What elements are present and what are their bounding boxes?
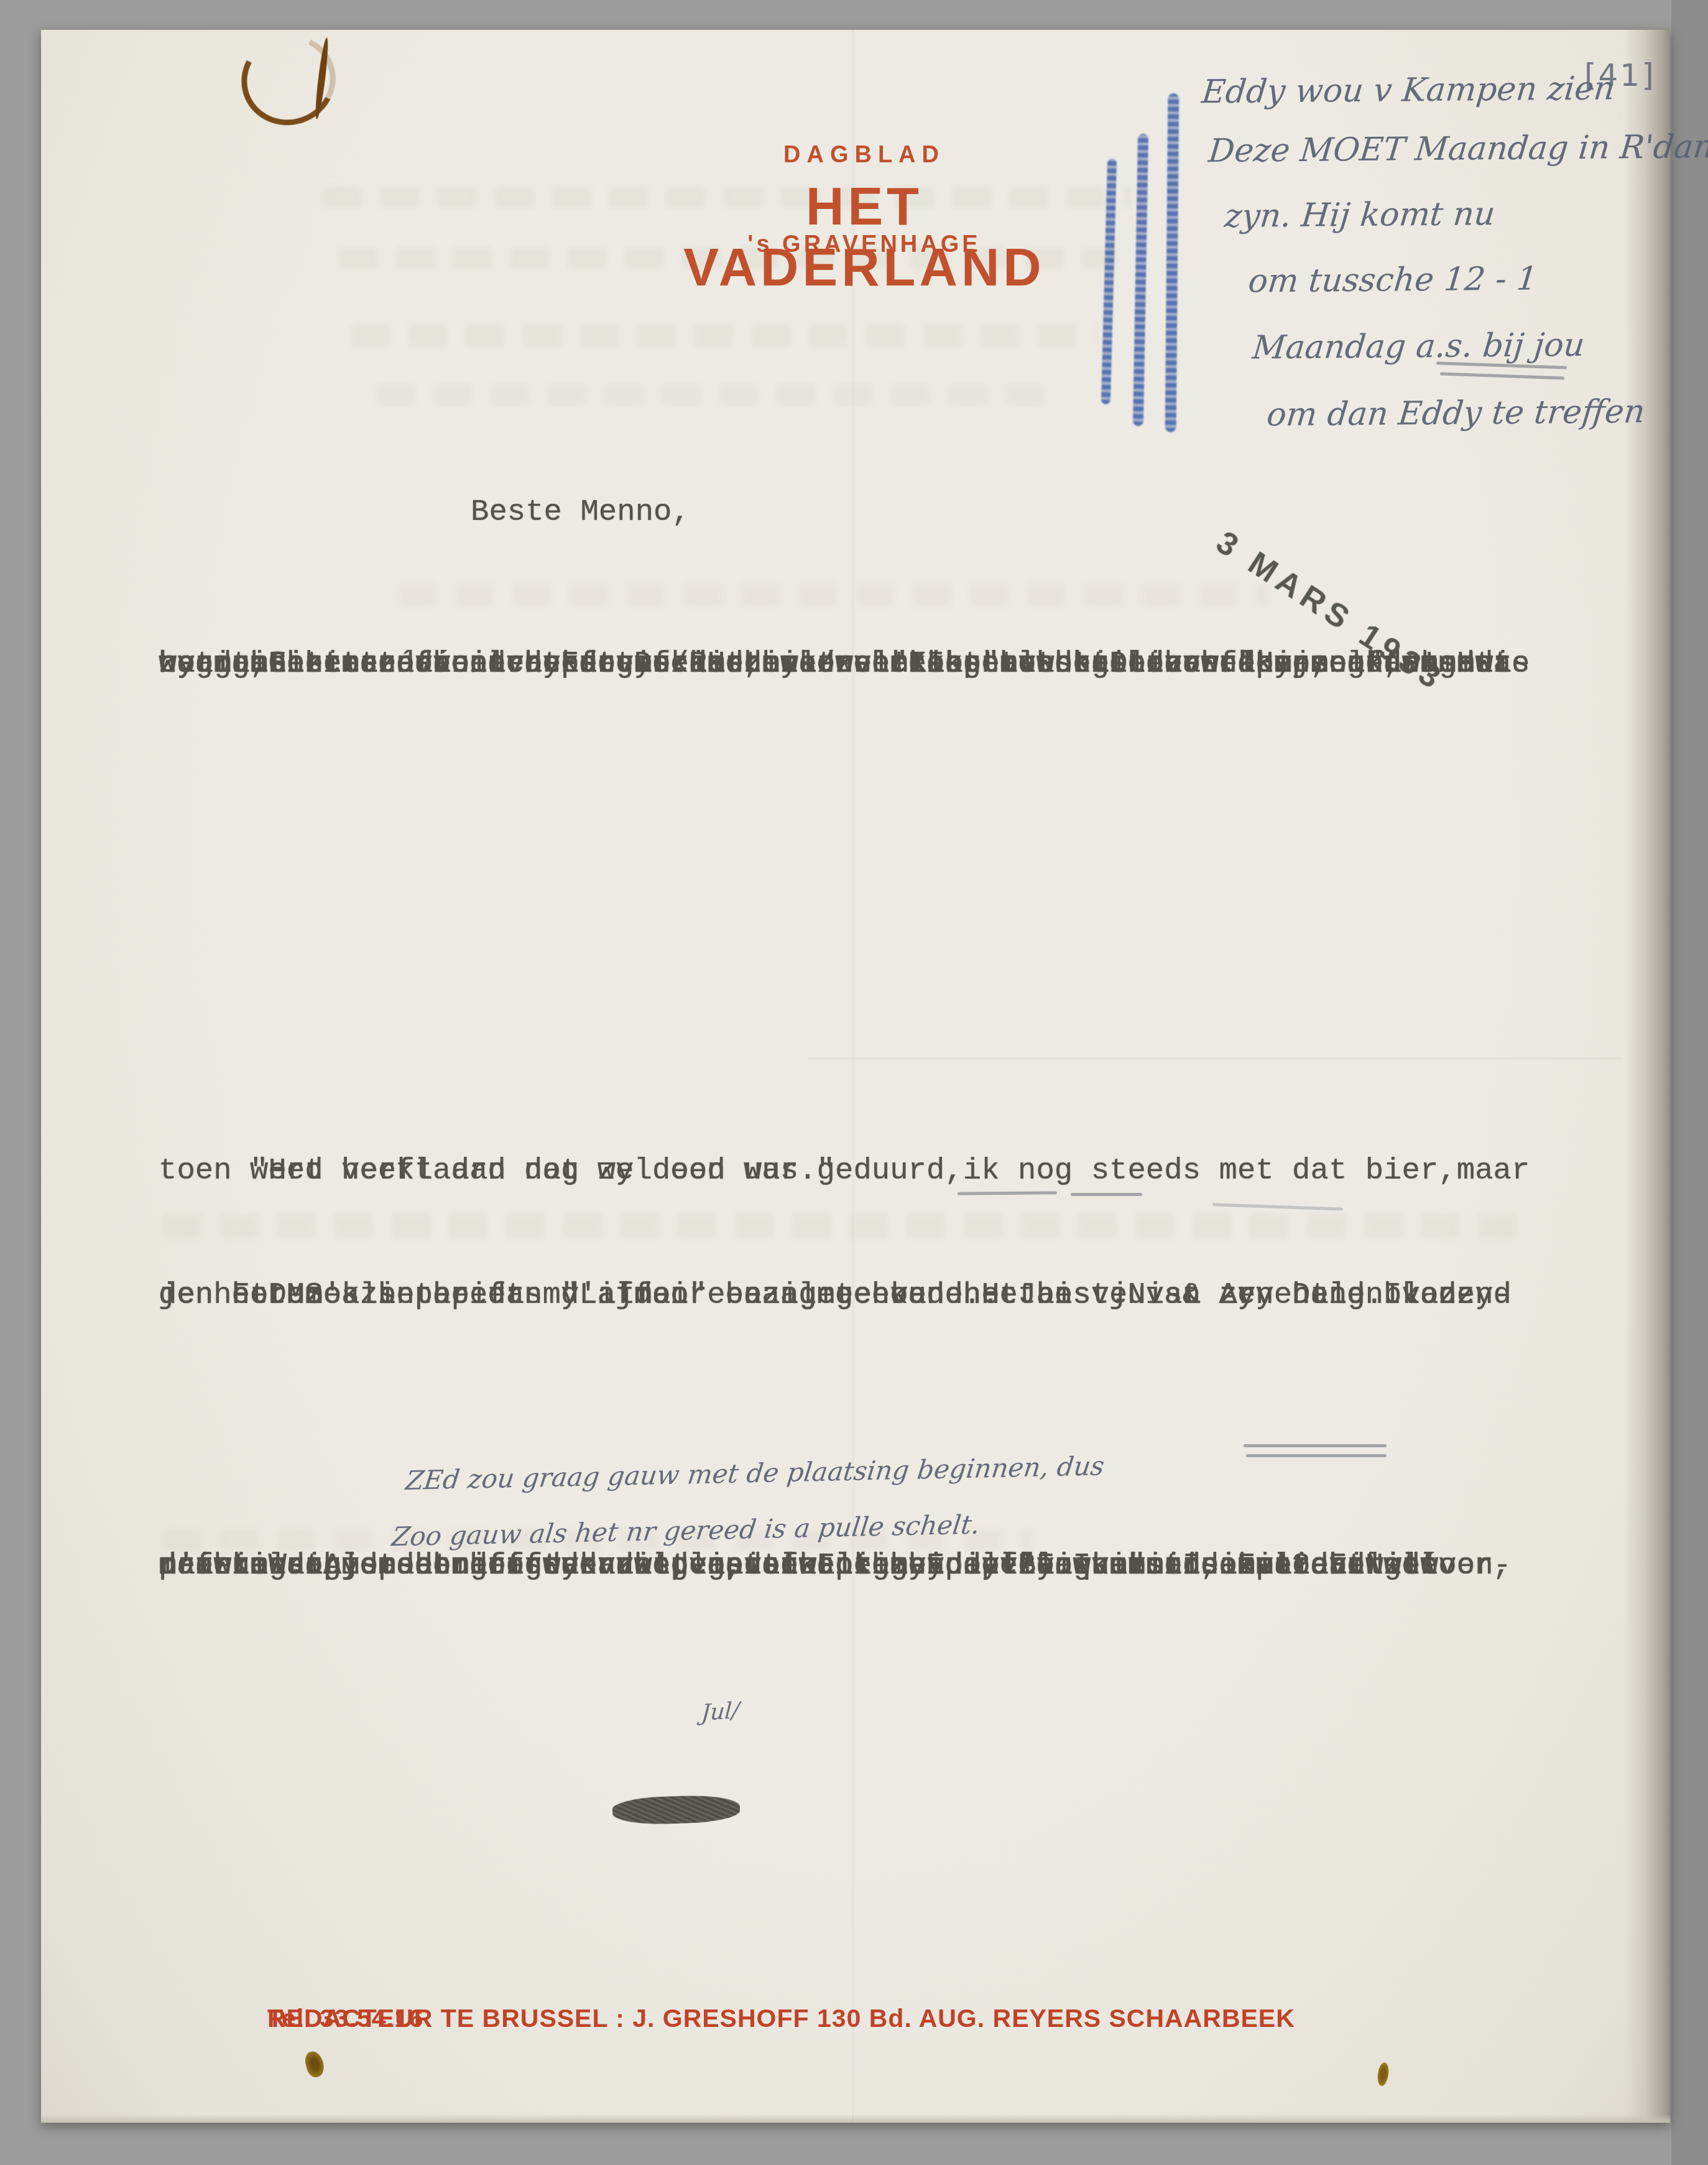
salutation: Beste Menno, (471, 494, 690, 529)
pencil-interline-note: ZEd zou graag gauw met de plaatsing begi… (390, 1443, 1481, 1584)
pencil-note-line: Maandag a.s. bij jou (1251, 327, 1586, 367)
pencil-note-top-right: Eddy wou v Kampen zienDeze MOET Maandag … (1196, 70, 1672, 522)
pencil-insert-word: Jul/ (701, 1698, 741, 1727)
pencil-note-line: om dan Eddy te treffen (1265, 393, 1646, 433)
horizontal-fold-crease (808, 1057, 1623, 1059)
bleedthrough-text-ghost (163, 1214, 1518, 1239)
typed-line: zoo uit het café in de sterf/kmer wa/r h… (159, 631, 1146, 696)
pencil-note-line: zyn. Hij komt nu (1223, 195, 1497, 235)
letterhead-publication-type: DAGBLAD (622, 142, 1107, 169)
bleedthrough-text-ghost (398, 583, 1268, 607)
page-bottom-shadow (41, 2114, 1670, 2123)
bleedthrough-text-ghost (376, 384, 1060, 406)
interline-note-line: Zoo gauw als het nr gereed is a pulle sc… (390, 1509, 982, 1552)
typed-line: toen werd verklaard dat zy dood was." (159, 1138, 835, 1203)
bleedthrough-text-ghost (351, 325, 1097, 346)
archive-page-number: [41] (1584, 57, 1656, 93)
pencil-note-line: om tussche 12 - 1 (1247, 261, 1539, 300)
footer-telephone: Tel. 33.54.16 (267, 2004, 424, 2033)
letterhead-city: 's GRAVENHAGE (622, 231, 1107, 258)
scanner-background-strip (1671, 0, 1708, 2165)
typed-line: den Forum's. (159, 1263, 378, 1327)
pencil-underline (1071, 1193, 1142, 1196)
scanned-letter-canvas: DAGBLAD HET VADERLAND 's GRAVENHAGE Eddy… (0, 0, 1708, 2165)
pencil-note-line: Eddy wou v Kampen zien (1200, 70, 1616, 111)
pencil-note-line: Deze MOET Maandag in R'dam (1207, 128, 1708, 170)
